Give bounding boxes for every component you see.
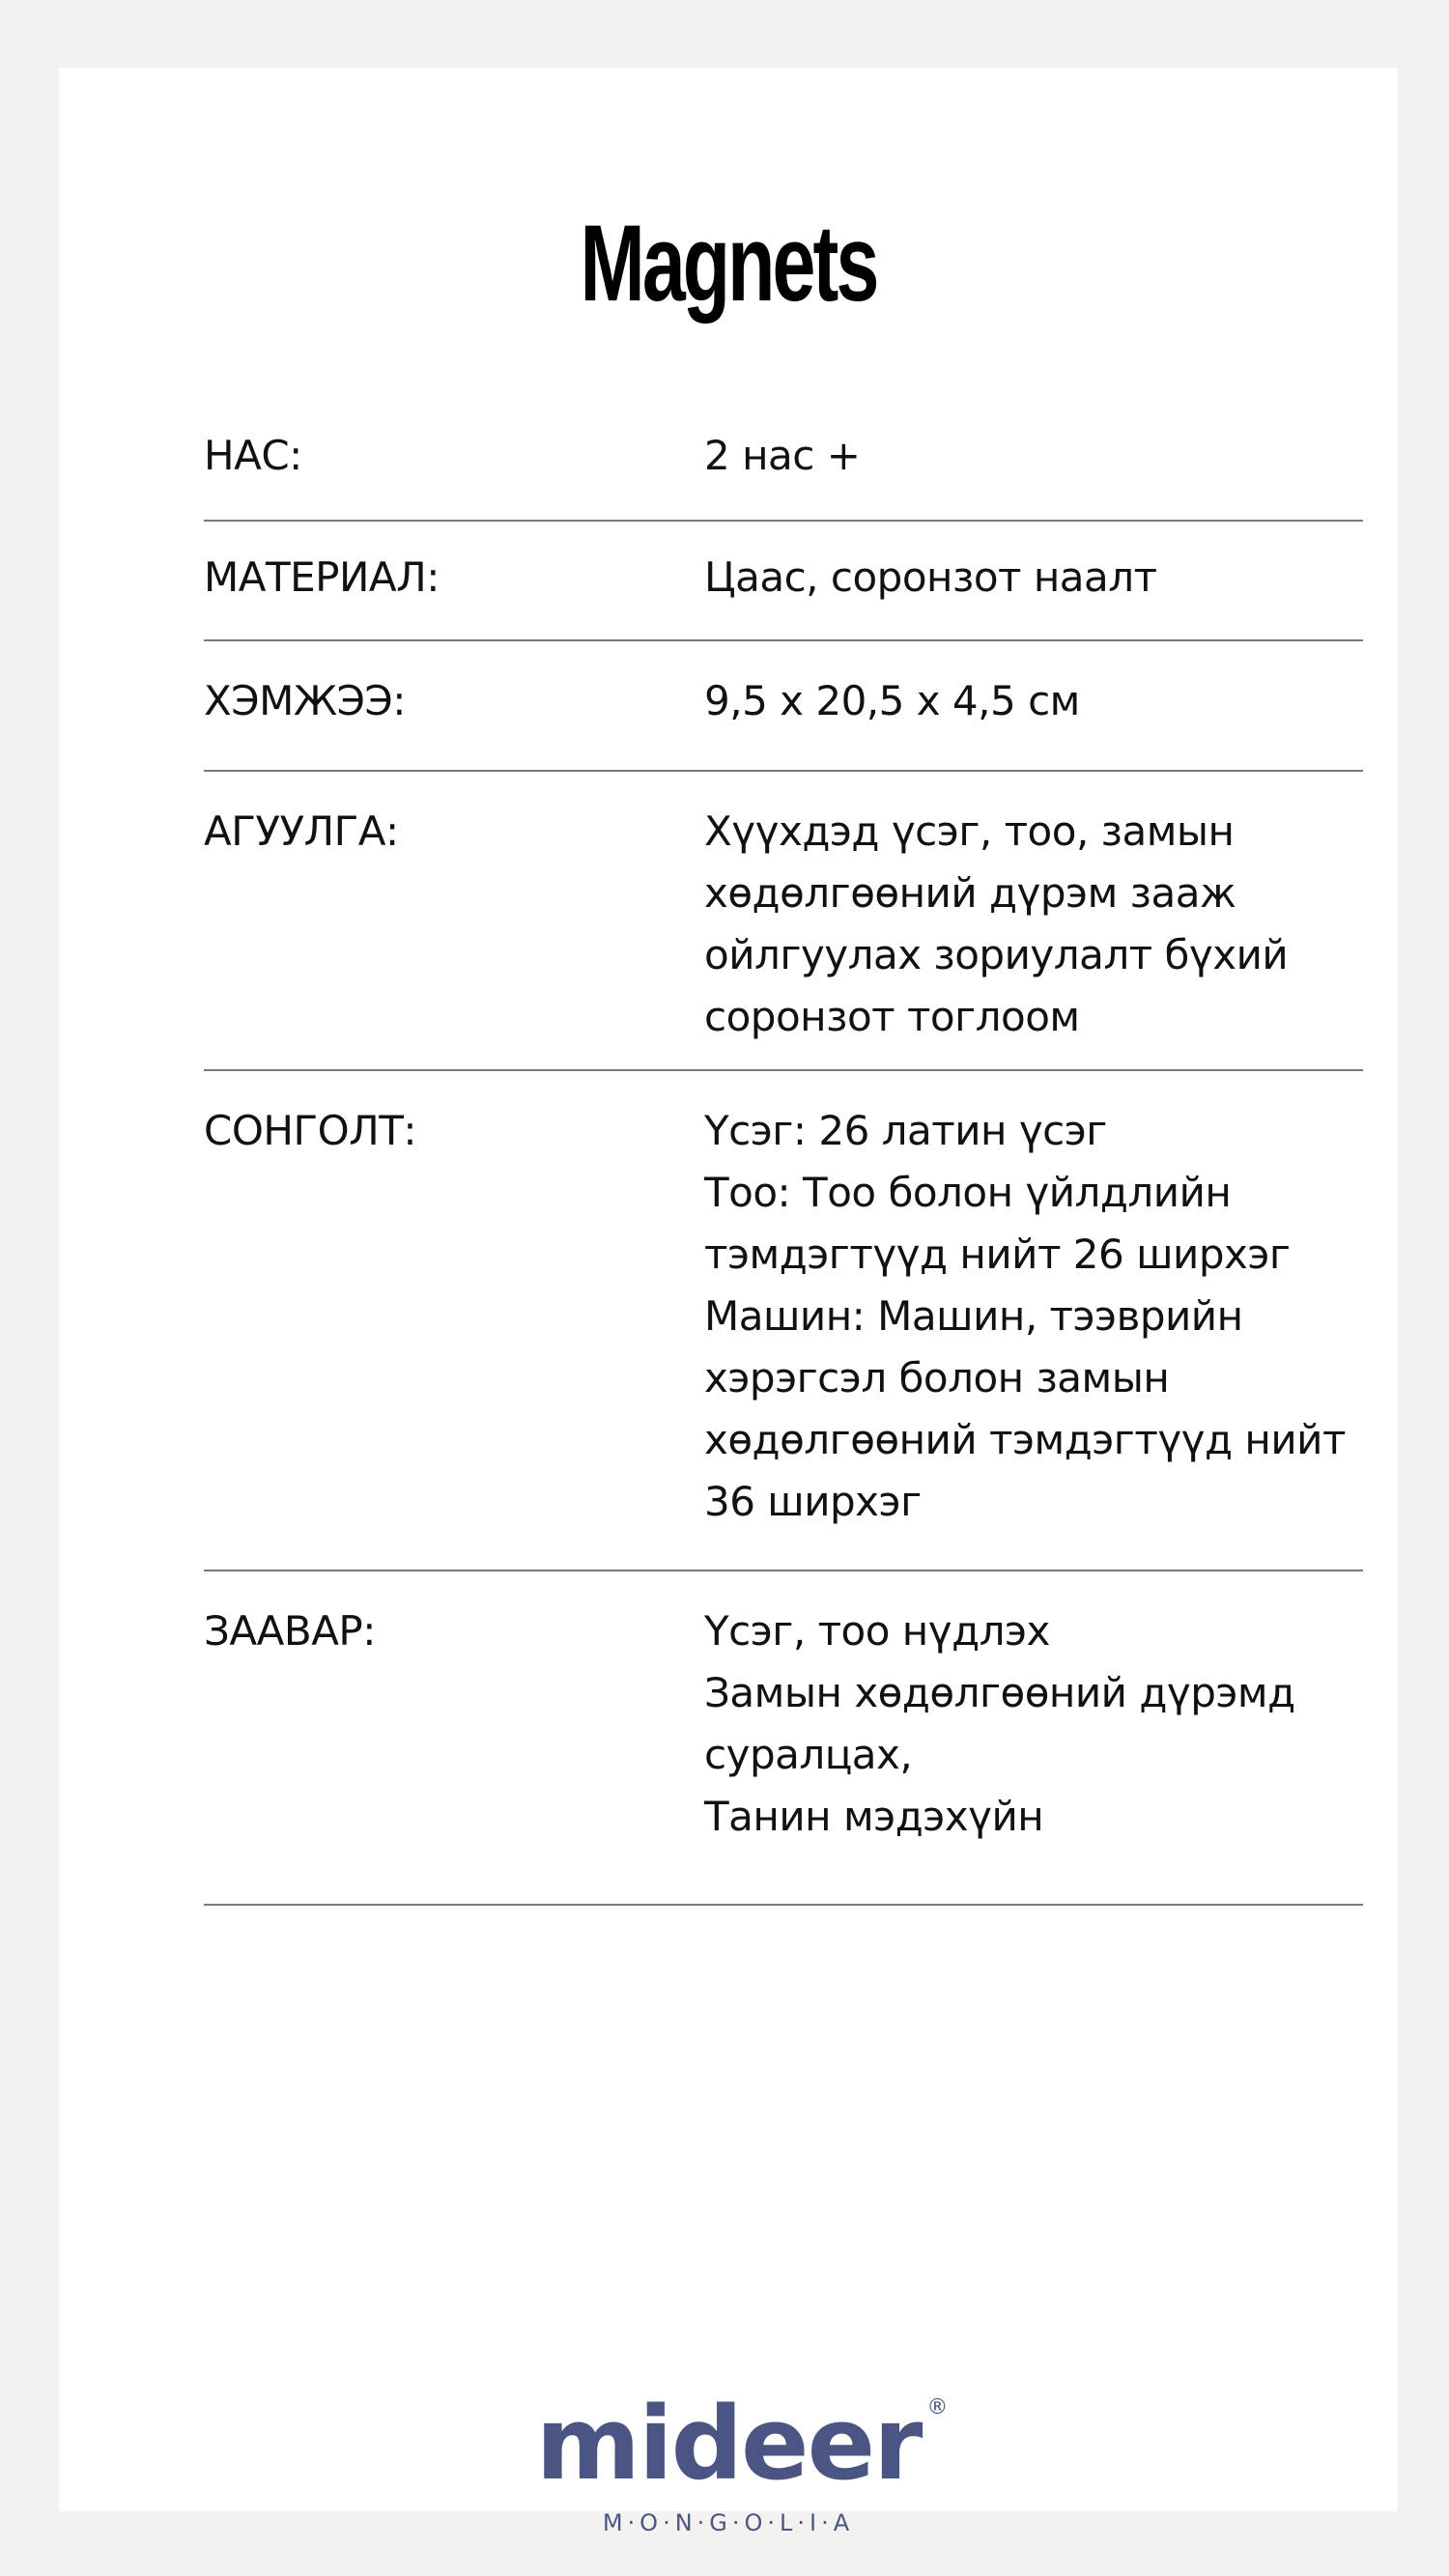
spec-value-line: Танин мэдэхүйн bbox=[704, 1786, 1363, 1848]
spec-value: 9,5 x 20,5 x 4,5 см bbox=[704, 641, 1363, 770]
spec-value-line: 36 ширхэг bbox=[704, 1471, 1363, 1533]
spec-row-options: СОНГОЛТ: Үсэг: 26 латин үсэг Тоо: Тоо бо… bbox=[204, 1071, 1363, 1571]
spec-row-instructions: ЗААВАР: Үсэг, тоо нүдлэх Замын хөдөлгөөн… bbox=[204, 1571, 1363, 1906]
spec-label: ЗААВАР: bbox=[204, 1571, 704, 1904]
spec-value-line: Замын хөдөлгөөний дүрэмд bbox=[704, 1662, 1363, 1724]
product-spec-card: Magnets НАС: 2 нас + МАТЕРИАЛ: Цаас, сор… bbox=[59, 68, 1398, 2511]
spec-value-line: тэмдэгтүүд нийт 26 ширхэг bbox=[704, 1224, 1363, 1286]
spec-value-line: хөдөлгөөний дүрэм зааж bbox=[704, 863, 1363, 924]
spec-value-line: Үсэг: 26 латин үсэг bbox=[704, 1100, 1363, 1162]
spec-row-age: НАС: 2 нас + bbox=[204, 415, 1363, 522]
spec-value-line: хөдөлгөөний тэмдэгтүүд нийт bbox=[704, 1409, 1363, 1471]
spec-value-line: 2 нас + bbox=[704, 425, 1363, 487]
page-title: Magnets bbox=[246, 201, 1210, 326]
logo-wordmark: mideer ® bbox=[536, 2395, 922, 2492]
spec-value: 2 нас + bbox=[704, 415, 1363, 520]
spec-table: НАС: 2 нас + МАТЕРИАЛ: Цаас, соронзот на… bbox=[204, 415, 1363, 1906]
spec-value-line: Хүүхдэд үсэг, тоо, замын bbox=[704, 801, 1363, 863]
logo-subtitle: M·O·N·G·O·L·I·A bbox=[59, 2509, 1398, 2536]
spec-value-line: соронзот тоглоом bbox=[704, 986, 1363, 1048]
spec-value-line: суралцах, bbox=[704, 1724, 1363, 1786]
brand-logo: mideer ® M·O·N·G·O·L·I·A bbox=[59, 2395, 1398, 2536]
spec-value: Үсэг, тоо нүдлэх Замын хөдөлгөөний дүрэм… bbox=[704, 1571, 1363, 1904]
spec-value-line: 9,5 x 20,5 x 4,5 см bbox=[704, 670, 1363, 732]
spec-value: Хүүхдэд үсэг, тоо, замын хөдөлгөөний дүр… bbox=[704, 772, 1363, 1069]
spec-row-size: ХЭМЖЭЭ: 9,5 x 20,5 x 4,5 см bbox=[204, 641, 1363, 772]
spec-row-contents: АГУУЛГА: Хүүхдэд үсэг, тоо, замын хөдөлг… bbox=[204, 772, 1363, 1071]
spec-value-line: Тоо: Тоо болон үйлдлийн bbox=[704, 1162, 1363, 1224]
spec-value-line: Цаас, соронзот наалт bbox=[704, 547, 1363, 609]
spec-value-line: хэрэгсэл болон замын bbox=[704, 1347, 1363, 1409]
spec-row-material: МАТЕРИАЛ: Цаас, соронзот наалт bbox=[204, 522, 1363, 641]
spec-value-line: Машин: Машин, тээврийн bbox=[704, 1286, 1363, 1347]
spec-label: АГУУЛГА: bbox=[204, 772, 704, 1069]
spec-value-line: Үсэг, тоо нүдлэх bbox=[704, 1600, 1363, 1662]
spec-value: Цаас, соронзот наалт bbox=[704, 522, 1363, 639]
logo-brand-text: mideer bbox=[536, 2385, 922, 2503]
registered-mark-icon: ® bbox=[926, 2397, 948, 2419]
spec-label: МАТЕРИАЛ: bbox=[204, 522, 704, 639]
spec-label: СОНГОЛТ: bbox=[204, 1071, 704, 1570]
spec-value-line: ойлгуулах зориулалт бүхий bbox=[704, 924, 1363, 986]
spec-label: ХЭМЖЭЭ: bbox=[204, 641, 704, 770]
spec-label: НАС: bbox=[204, 415, 704, 520]
spec-value: Үсэг: 26 латин үсэг Тоо: Тоо болон үйлдл… bbox=[704, 1071, 1363, 1570]
